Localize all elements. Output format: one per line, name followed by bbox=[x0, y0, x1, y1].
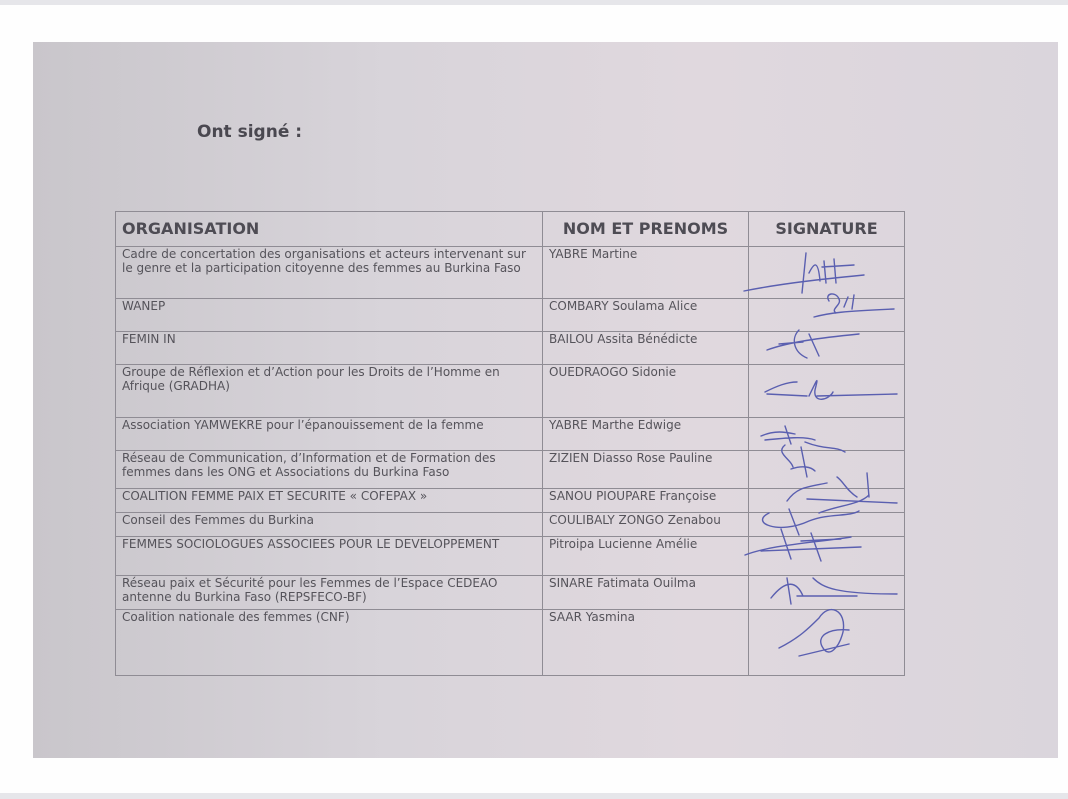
name-cell: SINARE Fatimata Ouilma bbox=[543, 576, 749, 610]
table-row: FEMIN INBAILOU Assita Bénédicte bbox=[116, 332, 905, 365]
signature-cell bbox=[749, 537, 905, 576]
signature-cell bbox=[749, 365, 905, 418]
name-cell: SANOU PIOUPARE Françoise bbox=[543, 489, 749, 513]
viewer-bottom-bar bbox=[0, 793, 1068, 799]
signature-table: ORGANISATION NOM ET PRENOMS SIGNATURE Ca… bbox=[115, 211, 905, 676]
name-cell: COULIBALY ZONGO Zenabou bbox=[543, 513, 749, 537]
signature-cell bbox=[749, 610, 905, 676]
handwritten-signature-icon bbox=[759, 608, 914, 668]
organisation-cell: COALITION FEMME PAIX ET SECURITE « COFEP… bbox=[116, 489, 543, 513]
organisation-cell: FEMMES SOCIOLOGUES ASSOCIEES POUR LE DEV… bbox=[116, 537, 543, 576]
name-cell: Pitroipa Lucienne Amélie bbox=[543, 537, 749, 576]
name-cell: ZIZIEN Diasso Rose Pauline bbox=[543, 451, 749, 489]
table-row: Réseau paix et Sécurité pour les Femmes … bbox=[116, 576, 905, 610]
header-organisation: ORGANISATION bbox=[116, 212, 543, 247]
header-name: NOM ET PRENOMS bbox=[543, 212, 749, 247]
name-cell: COMBARY Soulama Alice bbox=[543, 299, 749, 332]
page-title: Ont signé : bbox=[197, 122, 302, 142]
organisation-cell: WANEP bbox=[116, 299, 543, 332]
organisation-cell: Groupe de Réflexion et d’Action pour les… bbox=[116, 365, 543, 418]
organisation-cell: Association YAMWEKRE pour l’épanouisseme… bbox=[116, 418, 543, 451]
organisation-cell: Réseau de Communication, d’Information e… bbox=[116, 451, 543, 489]
name-cell: BAILOU Assita Bénédicte bbox=[543, 332, 749, 365]
signature-cell bbox=[749, 332, 905, 365]
viewer-top-bar bbox=[0, 0, 1068, 5]
organisation-cell: Cadre de concertation des organisations … bbox=[116, 247, 543, 299]
name-cell: YABRE Martine bbox=[543, 247, 749, 299]
organisation-cell: Réseau paix et Sécurité pour les Femmes … bbox=[116, 576, 543, 610]
header-signature: SIGNATURE bbox=[749, 212, 905, 247]
table-row: WANEPCOMBARY Soulama Alice bbox=[116, 299, 905, 332]
name-cell: OUEDRAOGO Sidonie bbox=[543, 365, 749, 418]
organisation-cell: FEMIN IN bbox=[116, 332, 543, 365]
name-cell: SAAR Yasmina bbox=[543, 610, 749, 676]
table-row: FEMMES SOCIOLOGUES ASSOCIEES POUR LE DEV… bbox=[116, 537, 905, 576]
organisation-cell: Coalition nationale des femmes (CNF) bbox=[116, 610, 543, 676]
table-header-row: ORGANISATION NOM ET PRENOMS SIGNATURE bbox=[116, 212, 905, 247]
name-cell: YABRE Marthe Edwige bbox=[543, 418, 749, 451]
signature-cell bbox=[749, 299, 905, 332]
organisation-cell: Conseil des Femmes du Burkina bbox=[116, 513, 543, 537]
table-row: Coalition nationale des femmes (CNF)SAAR… bbox=[116, 610, 905, 676]
signature-cell bbox=[749, 576, 905, 610]
table-row: Groupe de Réflexion et d’Action pour les… bbox=[116, 365, 905, 418]
